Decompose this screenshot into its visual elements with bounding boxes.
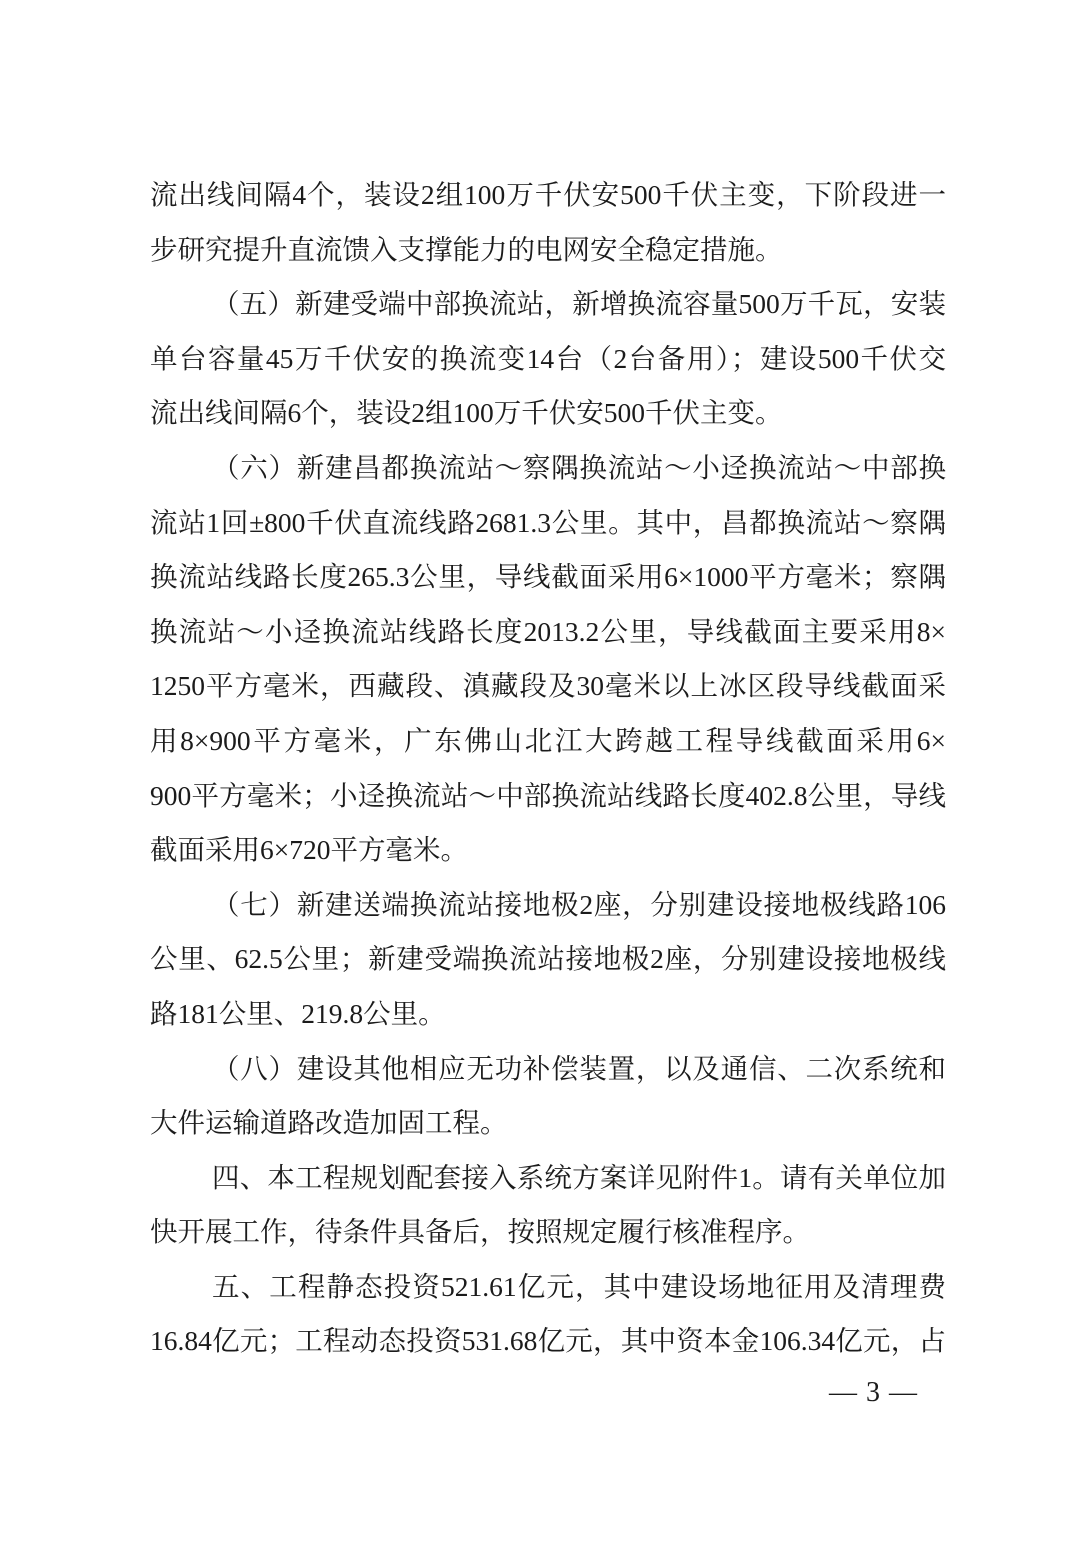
text-line: 四、本工程规划配套接入系统方案详见附件1。请有关单位加: [150, 1151, 946, 1206]
text-line: 流站1回±800千伏直流线路2681.3公里。其中，昌都换流站～察隅: [150, 496, 946, 551]
text-line: 单台容量45万千伏安的换流变14台（2台备用）；建设500千伏交: [150, 332, 946, 387]
text-line: 换流站线路长度265.3公里，导线截面采用6×1000平方毫米；察隅: [150, 550, 946, 605]
text-line: 公里、62.5公里；新建受端换流站接地极2座，分别建设接地极线: [150, 932, 946, 987]
document-page: 流出线间隔4个，装设2组100万千伏安500千伏主变，下阶段进一 步研究提升直流…: [0, 0, 1080, 1564]
text-line: 流出线间隔4个，装设2组100万千伏安500千伏主变，下阶段进一: [150, 168, 946, 223]
text-line: 快开展工作，待条件具备后，按照规定履行核准程序。: [150, 1205, 946, 1260]
text-line: （六）新建昌都换流站～察隅换流站～小迳换流站～中部换: [150, 441, 946, 496]
text-line: 路181公里、219.8公里。: [150, 987, 946, 1042]
text-line: （七）新建送端换流站接地极2座，分别建设接地极线路106: [150, 878, 946, 933]
text-line: 用8×900平方毫米，广东佛山北江大跨越工程导线截面采用6×: [150, 714, 946, 769]
text-line: 截面采用6×720平方毫米。: [150, 823, 946, 878]
text-line: 换流站～小迳换流站线路长度2013.2公里，导线截面主要采用8×: [150, 605, 946, 660]
page-number: — 3 —: [829, 1376, 918, 1410]
text-line: （五）新建受端中部换流站，新增换流容量500万千瓦，安装: [150, 277, 946, 332]
text-line: 1250平方毫米，西藏段、滇藏段及30毫米以上冰区段导线截面采: [150, 659, 946, 714]
text-line: 五、工程静态投资521.61亿元，其中建设场地征用及清理费: [150, 1260, 946, 1315]
text-line: 大件运输道路改造加固工程。: [150, 1096, 946, 1151]
text-line: 流出线间隔6个，装设2组100万千伏安500千伏主变。: [150, 386, 946, 441]
text-line: 16.84亿元；工程动态投资531.68亿元，其中资本金106.34亿元，占: [150, 1314, 946, 1369]
text-line: 步研究提升直流馈入支撑能力的电网安全稳定措施。: [150, 223, 946, 278]
text-line: 900平方毫米；小迳换流站～中部换流站线路长度402.8公里，导线: [150, 769, 946, 824]
document-body-text: 流出线间隔4个，装设2组100万千伏安500千伏主变，下阶段进一 步研究提升直流…: [150, 168, 946, 1369]
text-line: （八）建设其他相应无功补偿装置，以及通信、二次系统和: [150, 1042, 946, 1097]
